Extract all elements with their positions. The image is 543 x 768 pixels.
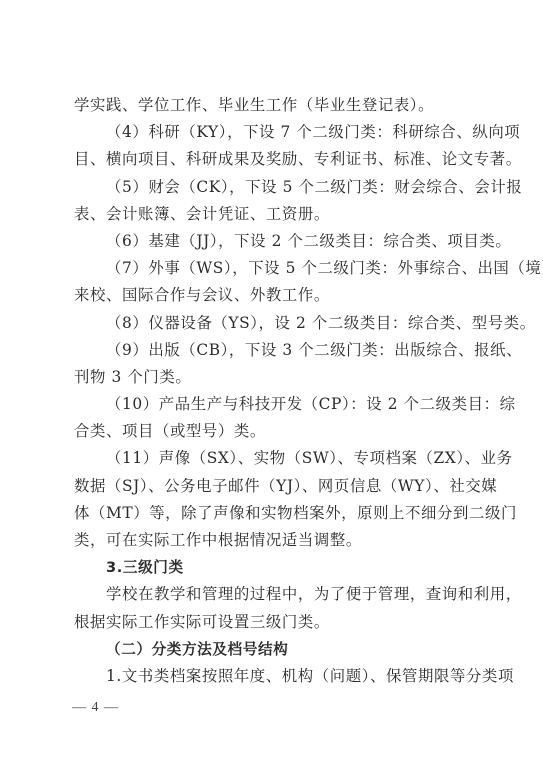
text-line: 体（MT）等，除了声像和实物档案外，原则上不细分到二级门 [74,500,490,527]
text-line: 数据（SJ）、公务电子邮件（YJ）、网页信息（WY）、社交媒 [74,473,490,500]
item-10-product-dev: （10）产品生产与科技开发（CP）：设 2 个二级类目：综 [74,391,490,418]
document-body: 学实践、学位工作、毕业生工作（毕业生登记表）。 （4）科研（KY），下设 7 个… [74,92,490,690]
text-line: 来校、国际合作与会议、外教工作。 [74,282,490,309]
text-line: 类，可在实际工作中根据情况适当调整。 [74,527,490,554]
item-8-equipment: （8）仪器设备（YS），设 2 个二级类目：综合类、型号类。 [74,310,490,337]
text-line: 表、会计账簿、会计凭证、工资册。 [74,201,490,228]
item-7-foreign-affairs: （7）外事（WS），下设 5 个二级门类：外事综合、出国（境）、 [74,255,490,282]
paragraph-document-archives: 1.文书类档案按照年度、机构（问题）、保管期限等分类项 [74,663,490,690]
item-6-construction: （6）基建（JJ），下设 2 个二级类目：综合类、项目类。 [74,228,490,255]
text-line: 合类、项目（或型号）类。 [74,418,490,445]
text-line: 目、横向项目、科研成果及奖励、专利证书、标准、论文专著。 [74,146,490,173]
paragraph-third-level: 学校在教学和管理的过程中，为了便于管理，查询和利用， [74,581,490,608]
section-heading-third-level: 3.三级门类 [74,554,490,581]
item-11-special-archives: （11）声像（SX）、实物（SW）、专项档案（ZX）、业务 [74,445,490,472]
text-line: 刊物 3 个门类。 [74,364,490,391]
item-5-finance: （5）财会（CK），下设 5 个二级门类：财会综合、会计报 [74,174,490,201]
text-line: 学实践、学位工作、毕业生工作（毕业生登记表）。 [74,92,490,119]
section-heading-classification: （二）分类方法及档号结构 [74,636,490,663]
page-number: — 4 — [72,700,119,716]
item-9-publishing: （9）出版（CB），下设 3 个二级门类：出版综合、报纸、 [74,337,490,364]
item-4-research: （4）科研（KY），下设 7 个二级门类：科研综合、纵向项 [74,119,490,146]
text-line: 根据实际工作实际可设置三级门类。 [74,609,490,636]
